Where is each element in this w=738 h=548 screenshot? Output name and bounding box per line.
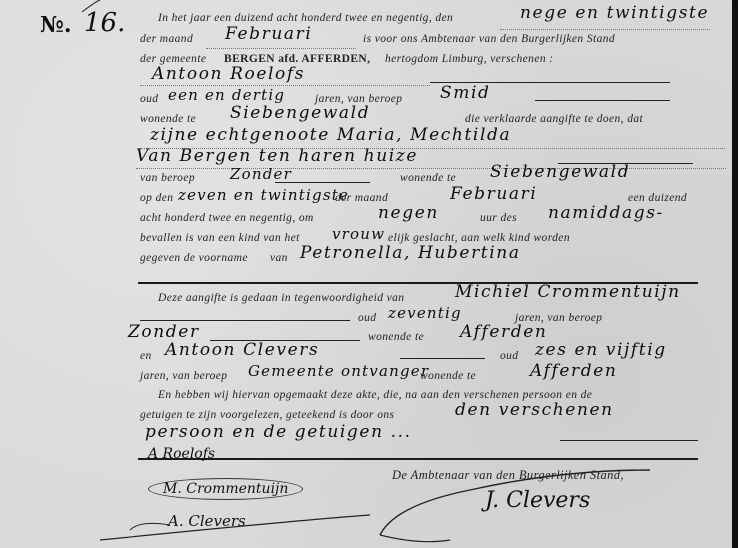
civil-record-page: №. 16. In het jaar een duizend acht hond… (0, 0, 738, 548)
pen-flourishes (0, 0, 738, 548)
